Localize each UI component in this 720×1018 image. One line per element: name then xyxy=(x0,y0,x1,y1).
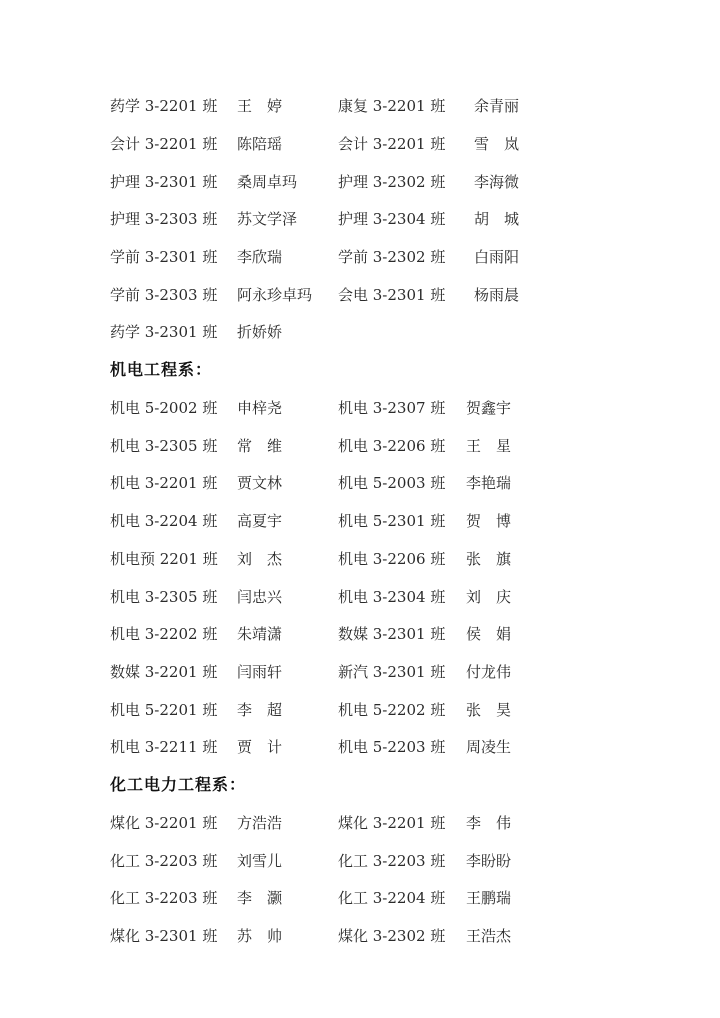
list-row: 化工 3-2203 班 李 灏 化工 3-2204 班 王鹏瑞 xyxy=(0,886,720,910)
student-name: 贾 计 xyxy=(237,735,282,759)
class-label: 机电 3-2305 班 xyxy=(110,434,217,458)
student-name: 刘雪儿 xyxy=(237,849,282,873)
class-label: 护理 3-2301 班 xyxy=(110,170,217,194)
class-label: 机电 3-2202 班 xyxy=(110,622,217,646)
class-label: 机电 5-2202 班 xyxy=(338,698,445,722)
student-name: 余青丽 xyxy=(474,94,519,118)
class-label: 化工 3-2203 班 xyxy=(110,849,217,873)
student-name: 李海微 xyxy=(474,170,519,194)
student-name: 李 灏 xyxy=(237,886,282,910)
class-label: 机电 5-2002 班 xyxy=(110,396,217,420)
class-label: 药学 3-2201 班 xyxy=(110,94,217,118)
student-name: 侯 娟 xyxy=(466,622,511,646)
class-label: 机电 5-2301 班 xyxy=(338,509,445,533)
class-label: 数媒 3-2201 班 xyxy=(110,660,217,684)
student-name: 桑周卓玛 xyxy=(237,170,297,194)
class-label: 机电 3-2206 班 xyxy=(338,547,445,571)
list-row: 会计 3-2201 班 陈陪瑶 会计 3-2201 班 雪 岚 xyxy=(0,132,720,156)
student-name: 李盼盼 xyxy=(466,849,511,873)
student-name: 常 维 xyxy=(237,434,282,458)
student-name: 王浩杰 xyxy=(466,924,511,948)
class-label: 机电 3-2206 班 xyxy=(338,434,445,458)
class-label: 煤化 3-2201 班 xyxy=(110,811,217,835)
list-row: 机电 5-2002 班 申梓尧 机电 3-2307 班 贺鑫宇 xyxy=(0,396,720,420)
list-row: 煤化 3-2301 班 苏 帅 煤化 3-2302 班 王浩杰 xyxy=(0,924,720,948)
class-label: 机电 3-2211 班 xyxy=(110,735,217,759)
student-name: 闫雨轩 xyxy=(237,660,282,684)
class-label: 新汽 3-2301 班 xyxy=(338,660,445,684)
class-label: 煤化 3-2302 班 xyxy=(338,924,445,948)
class-label: 机电 3-2201 班 xyxy=(110,471,217,495)
class-label: 学前 3-2303 班 xyxy=(110,283,217,307)
list-row: 学前 3-2301 班 李欣瑞 学前 3-2302 班 白雨阳 xyxy=(0,245,720,269)
student-name: 胡 城 xyxy=(474,207,519,231)
list-row: 药学 3-2301 班 折娇娇 xyxy=(0,320,720,344)
class-label: 化工 3-2204 班 xyxy=(338,886,445,910)
student-name: 闫忠兴 xyxy=(237,585,282,609)
class-label: 学前 3-2301 班 xyxy=(110,245,217,269)
student-name: 折娇娇 xyxy=(237,320,282,344)
student-name: 王鹏瑞 xyxy=(466,886,511,910)
student-name: 张 旗 xyxy=(466,547,511,571)
list-row: 机电预 2201 班 刘 杰 机电 3-2206 班 张 旗 xyxy=(0,547,720,571)
student-name: 阿永珍卓玛 xyxy=(237,283,312,307)
list-row: 化工 3-2203 班 刘雪儿 化工 3-2203 班 李盼盼 xyxy=(0,849,720,873)
student-name: 刘 庆 xyxy=(466,585,511,609)
class-label: 机电预 2201 班 xyxy=(110,547,218,571)
student-name: 李欣瑞 xyxy=(237,245,282,269)
student-name: 陈陪瑶 xyxy=(237,132,282,156)
class-label: 机电 5-2201 班 xyxy=(110,698,217,722)
student-name: 王 星 xyxy=(466,434,511,458)
class-label: 会电 3-2301 班 xyxy=(338,283,445,307)
list-row: 机电 3-2305 班 闫忠兴 机电 3-2304 班 刘 庆 xyxy=(0,585,720,609)
student-name: 李 伟 xyxy=(466,811,511,835)
list-row: 学前 3-2303 班 阿永珍卓玛 会电 3-2301 班 杨雨晨 xyxy=(0,283,720,307)
list-row: 药学 3-2201 班 王 婷 康复 3-2201 班 余青丽 xyxy=(0,94,720,118)
student-name: 李 超 xyxy=(237,698,282,722)
student-name: 李艳瑞 xyxy=(466,471,511,495)
student-name: 高夏宇 xyxy=(237,509,282,533)
class-label: 护理 3-2304 班 xyxy=(338,207,445,231)
class-label: 煤化 3-2301 班 xyxy=(110,924,217,948)
class-label: 机电 3-2204 班 xyxy=(110,509,217,533)
student-name: 朱靖潇 xyxy=(237,622,282,646)
class-label: 数媒 3-2301 班 xyxy=(338,622,445,646)
class-label: 机电 5-2003 班 xyxy=(338,471,445,495)
section-heading-chemical-power: 化工电力工程系： xyxy=(110,773,246,797)
student-name: 贺鑫宇 xyxy=(466,396,511,420)
student-name: 王 婷 xyxy=(237,94,282,118)
class-label: 机电 3-2307 班 xyxy=(338,396,445,420)
student-name: 白雨阳 xyxy=(474,245,519,269)
student-name: 刘 杰 xyxy=(237,547,282,571)
section-heading-mechanical: 机电工程系： xyxy=(110,358,212,382)
class-label: 机电 3-2305 班 xyxy=(110,585,217,609)
student-name: 苏 帅 xyxy=(237,924,282,948)
list-row: 机电 3-2201 班 贾文林 机电 5-2003 班 李艳瑞 xyxy=(0,471,720,495)
class-label: 机电 5-2203 班 xyxy=(338,735,445,759)
list-row: 机电 5-2201 班 李 超 机电 5-2202 班 张 昊 xyxy=(0,698,720,722)
list-row: 护理 3-2301 班 桑周卓玛 护理 3-2302 班 李海微 xyxy=(0,170,720,194)
list-row: 数媒 3-2201 班 闫雨轩 新汽 3-2301 班 付龙伟 xyxy=(0,660,720,684)
class-label: 学前 3-2302 班 xyxy=(338,245,445,269)
document-page: 药学 3-2201 班 王 婷 康复 3-2201 班 余青丽 会计 3-220… xyxy=(0,0,720,1018)
class-label: 化工 3-2203 班 xyxy=(338,849,445,873)
class-label: 机电 3-2304 班 xyxy=(338,585,445,609)
student-name: 苏文学泽 xyxy=(237,207,297,231)
class-label: 护理 3-2302 班 xyxy=(338,170,445,194)
list-row: 机电 3-2202 班 朱靖潇 数媒 3-2301 班 侯 娟 xyxy=(0,622,720,646)
student-name: 方浩浩 xyxy=(237,811,282,835)
class-label: 煤化 3-2201 班 xyxy=(338,811,445,835)
list-row: 护理 3-2303 班 苏文学泽 护理 3-2304 班 胡 城 xyxy=(0,207,720,231)
student-name: 付龙伟 xyxy=(466,660,511,684)
class-label: 化工 3-2203 班 xyxy=(110,886,217,910)
list-row: 机电 3-2211 班 贾 计 机电 5-2203 班 周凌生 xyxy=(0,735,720,759)
student-name: 雪 岚 xyxy=(474,132,519,156)
student-name: 杨雨晨 xyxy=(474,283,519,307)
student-name: 张 昊 xyxy=(466,698,511,722)
class-label: 会计 3-2201 班 xyxy=(338,132,445,156)
list-row: 机电 3-2204 班 高夏宇 机电 5-2301 班 贺 博 xyxy=(0,509,720,533)
student-name: 申梓尧 xyxy=(237,396,282,420)
class-label: 会计 3-2201 班 xyxy=(110,132,217,156)
list-row: 煤化 3-2201 班 方浩浩 煤化 3-2201 班 李 伟 xyxy=(0,811,720,835)
student-name: 贾文林 xyxy=(237,471,282,495)
student-name: 贺 博 xyxy=(466,509,511,533)
class-label: 康复 3-2201 班 xyxy=(338,94,445,118)
list-row: 机电 3-2305 班 常 维 机电 3-2206 班 王 星 xyxy=(0,434,720,458)
class-label: 药学 3-2301 班 xyxy=(110,320,217,344)
class-label: 护理 3-2303 班 xyxy=(110,207,217,231)
student-name: 周凌生 xyxy=(466,735,511,759)
